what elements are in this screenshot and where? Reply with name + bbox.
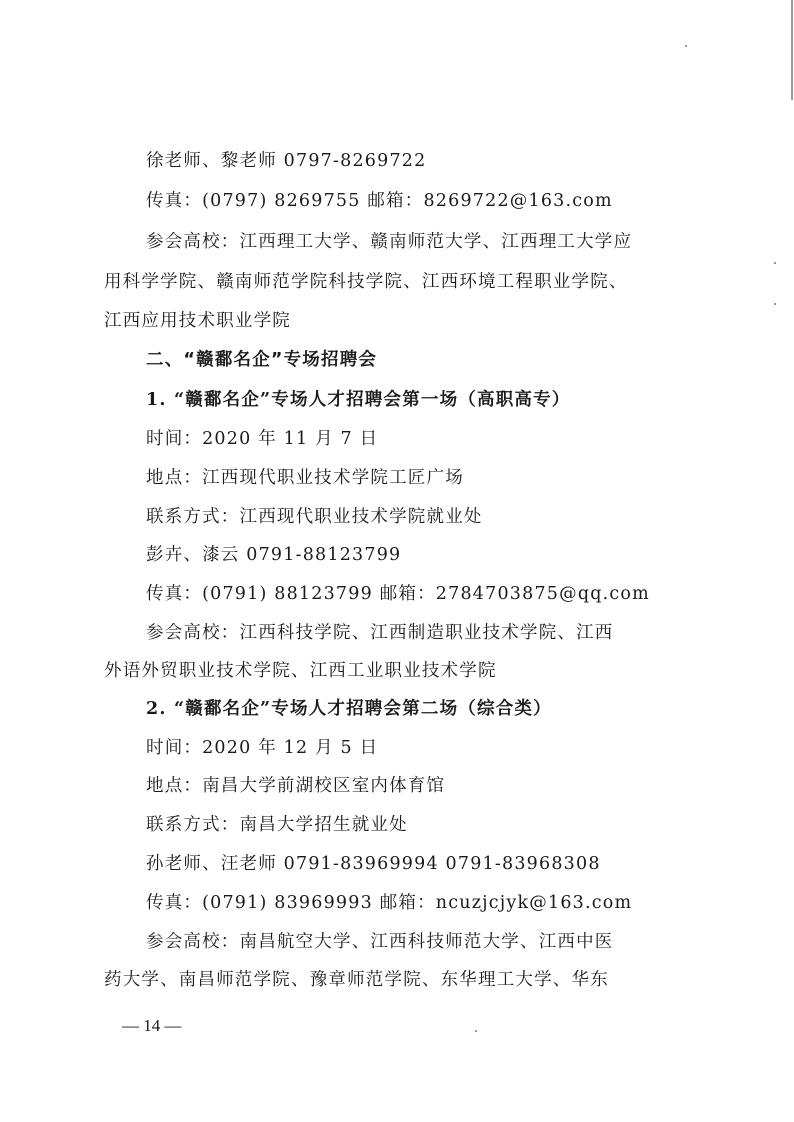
event-1-contact: 联系方式：江西现代职业技术学院就业处 [146,506,483,528]
scan-speck [475,1030,477,1032]
event-2-fax-email: 传真：(0791) 83969993 邮箱：ncuzjcjyk@163.com [146,892,632,914]
scan-edge-mark [791,0,793,100]
scan-speck [774,303,776,305]
event-2-time: 时间：2020 年 12 月 5 日 [146,737,378,759]
fax-email-line-1: 传真：(0797) 8269755 邮箱：8269722@163.com [146,190,613,212]
event-1-contact-persons: 彭卉、漆云 0791-88123799 [146,544,401,566]
event-1-schools-cont: 外语外贸职业技术学院、江西工业职业技术学院 [104,660,497,682]
event-1-time: 时间：2020 年 11 月 7 日 [146,428,378,450]
event-2-location: 地点：南昌大学前湖校区室内体育馆 [146,775,445,797]
contact-line-1: 徐老师、黎老师 0797-8269722 [146,150,426,172]
scan-speck [774,262,776,264]
section-heading-2: 二、“赣鄱名企”专场招聘会 [146,349,377,371]
event-1-schools: 参会高校：江西科技学院、江西制造职业技术学院、江西 [146,622,614,644]
participating-schools-1-cont: 用科学学院、赣南师范学院科技学院、江西环境工程职业学院、 [104,271,628,293]
event-2-contact-persons: 孙老师、汪老师 0791-83969994 0791-83968308 [146,853,601,875]
event-1-fax-email: 传真：(0791) 88123799 邮箱：2784703875@qq.com [146,583,650,605]
subsection-heading-1: 1. “赣鄱名企”专场人才招聘会第一场（高职高专） [146,389,571,411]
subsection-heading-2: 2. “赣鄱名企”专场人才招聘会第二场（综合类） [146,698,552,720]
page-number: — 14 — [122,1016,182,1036]
event-1-location: 地点：江西现代职业技术学院工匠广场 [146,467,464,489]
event-2-schools-cont: 药大学、南昌师范学院、豫章师范学院、东华理工大学、华东 [104,969,609,991]
participating-schools-1-end: 江西应用技术职业学院 [104,310,291,332]
event-2-schools: 参会高校：南昌航空大学、江西科技师范大学、江西中医 [146,931,614,953]
document-page: 徐老师、黎老师 0797-8269722 传真：(0797) 8269755 邮… [0,0,794,1122]
scan-speck [685,45,687,47]
participating-schools-1: 参会高校：江西理工大学、赣南师范大学、江西理工大学应 [146,231,632,253]
event-2-contact: 联系方式：南昌大学招生就业处 [146,814,408,836]
